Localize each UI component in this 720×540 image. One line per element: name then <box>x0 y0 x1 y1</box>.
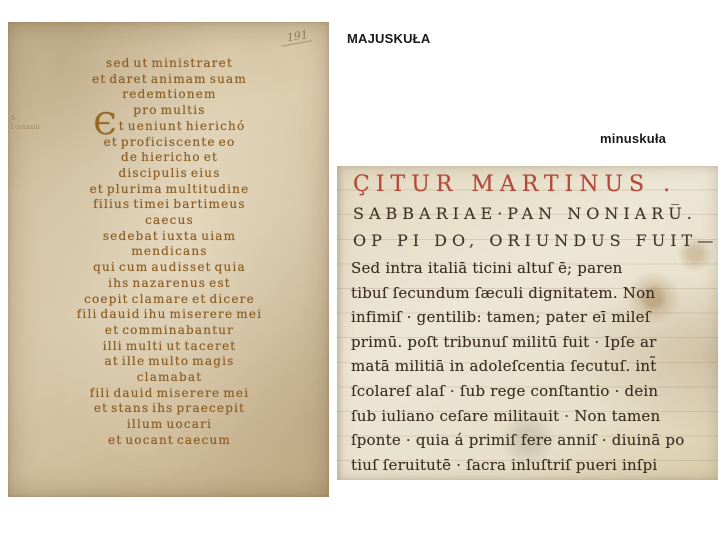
rubric-incipit-line: ÇITUR MARTINUS . <box>353 172 676 197</box>
uncial-line-with-initial: Єt ueniunt hierichó <box>20 119 319 135</box>
minuscule-line: ſponte · quia á primiſ fere anniſ · diui… <box>351 428 710 453</box>
uncial-line: redemtionem <box>20 87 319 103</box>
uncial-line: discipulis eius <box>20 166 319 182</box>
label-minuscule: minuskuła <box>600 131 666 146</box>
uncial-line: et proficiscente eo <box>20 135 319 151</box>
uncial-line: et daret animam suam <box>20 72 319 88</box>
uncial-line: sedebat iuxta uiam <box>20 229 319 245</box>
uncial-line: sed ut ministraret <box>20 56 319 72</box>
minuscule-manuscript-image: ÇITUR MARTINUS . SABBARIAE·PAN NONIARU̅.… <box>337 166 718 480</box>
uncial-line: at ille multo magis <box>20 354 319 370</box>
uncial-initial-letter: Є <box>94 107 118 142</box>
uncial-line: mendicans <box>20 244 319 260</box>
uncial-line: filius timei bartimeus <box>20 197 319 213</box>
minuscule-line: ſcolareſ alaſ · ſub rege conſtantio · de… <box>351 379 710 404</box>
uncial-manuscript-image: 191 ñ l ccxxxiii sed ut ministraret et d… <box>8 22 329 497</box>
uncial-line: pro multis <box>20 103 319 119</box>
uncial-line: fili dauid miserere mei <box>20 386 319 402</box>
minuscule-line: primū. poſt tribunuſ militū fuit · Ipſe … <box>351 330 710 355</box>
uncial-line: illum uocari <box>20 417 319 433</box>
minuscule-line: tibuſ ſecundum ſæculi dignitatem. Non <box>351 281 710 306</box>
slide: MAJUSKUŁA minuskuła 191 ñ l ccxxxiii sed… <box>0 0 720 540</box>
label-majuscule: MAJUSKUŁA <box>347 31 430 46</box>
uncial-text-block: sed ut ministraret et daret animam suam … <box>20 56 319 449</box>
capitals-line: SABBARIAE·PAN NONIARU̅. <box>353 204 697 223</box>
uncial-line: de hiericho et <box>20 150 319 166</box>
uncial-line: et uocant caecum <box>20 433 319 449</box>
uncial-line: t ueniunt hierichó <box>119 119 246 133</box>
uncial-line: et stans ihs praecepit <box>20 401 319 417</box>
uncial-line: et plurima multitudine <box>20 182 319 198</box>
folio-number-mark: 191 <box>280 28 312 47</box>
minuscule-line: Sed intra italiā ticini altuſ ē; paren <box>351 256 710 281</box>
minuscule-line: tiuſ ſeruitutē · ſacra inluſtriſ pueri i… <box>351 453 710 478</box>
uncial-line: illi multi ut taceret <box>20 339 319 355</box>
capitals-line: OP PI DO, ORIUNDUS FUIT— <box>353 231 718 250</box>
minuscule-line: infimiſ · gentilib: tamen; pater eī mile… <box>351 305 710 330</box>
minuscule-text-block: Sed intra italiā ticini altuſ ē; paren t… <box>351 256 710 477</box>
uncial-line: qui cum audisset quia <box>20 260 319 276</box>
uncial-line: clamabat <box>20 370 319 386</box>
uncial-line: coepit clamare et dicere <box>20 292 319 308</box>
minuscule-line: matā militiā in adoleſcentia ſecutuſ. in… <box>351 354 710 379</box>
uncial-line: ihs nazarenus est <box>20 276 319 292</box>
minuscule-line: ſub iuliano ceſare militauit · Non tamen <box>351 404 710 429</box>
uncial-line: fili dauid ihu miserere mei <box>20 307 319 323</box>
uncial-line: caecus <box>20 213 319 229</box>
uncial-line: et comminabantur <box>20 323 319 339</box>
